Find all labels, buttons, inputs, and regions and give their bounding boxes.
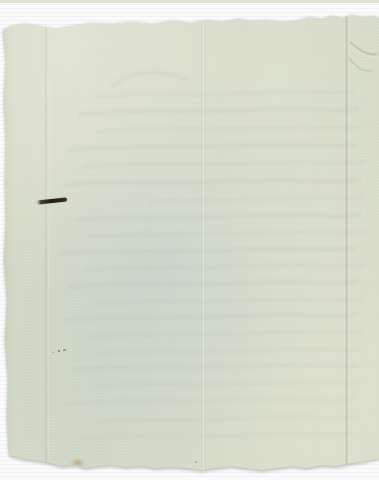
- adjacent-page-edge: [0, 0, 379, 3]
- fold-crease-center: [201, 14, 206, 472]
- bottom-speck: [195, 461, 197, 463]
- paper-sheet: [0, 0, 379, 480]
- scanned-document-photo: [0, 0, 379, 480]
- pencil-specks: [50, 346, 70, 356]
- fold-crease-right: [345, 14, 350, 472]
- bleed-through-writing: [0, 0, 379, 480]
- fold-crease-left: [45, 14, 49, 472]
- stain-spot: [70, 458, 85, 468]
- paper-surface: [0, 0, 379, 480]
- wrinkle-crease-top-right: [349, 42, 378, 71]
